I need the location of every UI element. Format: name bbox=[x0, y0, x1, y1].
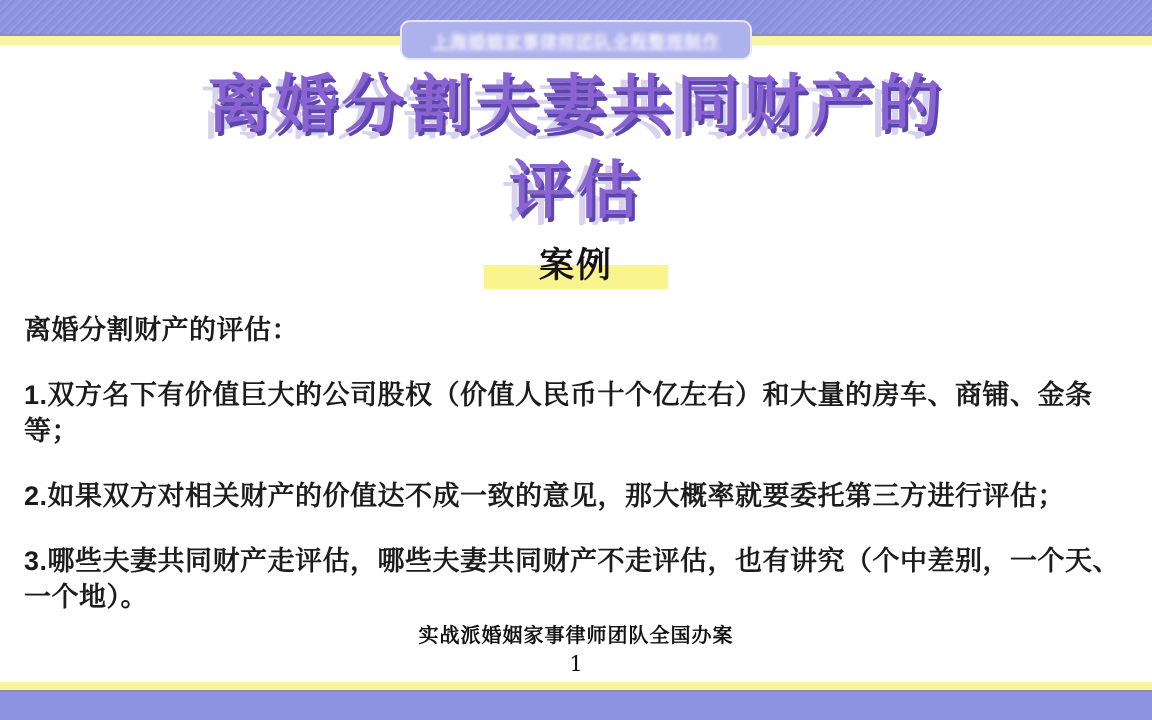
title-line-1: 离婚分割夫妻共同财产的 bbox=[0, 62, 1152, 148]
watermark-banner: 上海婚姻家事律师团队全程整理制作 bbox=[400, 20, 752, 60]
subtitle-row: 案例 bbox=[0, 238, 1152, 288]
watermark-text: 上海婚姻家事律师团队全程整理制作 bbox=[432, 28, 720, 53]
body-text-block: 离婚分割财产的评估： 1.双方名下有价值巨大的公司股权（价值人民币十个亿左右）和… bbox=[24, 312, 1130, 644]
body-item-3: 3.哪些夫妻共同财产走评估，哪些夫妻共同财产不走评估，也有讲究（个中差别，一个天… bbox=[24, 543, 1130, 615]
body-item-2: 2.如果双方对相关财产的价值达不成一致的意见，那大概率就要委托第三方进行评估； bbox=[24, 478, 1130, 514]
bottom-yellow-strip bbox=[0, 682, 1152, 690]
body-intro-line: 离婚分割财产的评估： bbox=[24, 312, 1130, 348]
bottom-purple-band bbox=[0, 692, 1152, 720]
page-number: 1 bbox=[0, 652, 1152, 676]
subtitle-text: 案例 bbox=[539, 246, 613, 285]
slide-frame: 上海婚姻家事律师团队全程整理制作 离婚分割夫妻共同财产的 评估 案例 离婚分割财… bbox=[0, 0, 1152, 720]
subtitle-wrap: 案例 bbox=[537, 238, 615, 288]
title-line-2: 评估 bbox=[0, 148, 1152, 234]
slide-title: 离婚分割夫妻共同财产的 评估 bbox=[0, 62, 1152, 234]
footer-team-line: 实战派婚姻家事律师团队全国办案 bbox=[0, 619, 1152, 648]
body-item-1: 1.双方名下有价值巨大的公司股权（价值人民币十个亿左右）和大量的房车、商铺、金条… bbox=[24, 377, 1130, 449]
